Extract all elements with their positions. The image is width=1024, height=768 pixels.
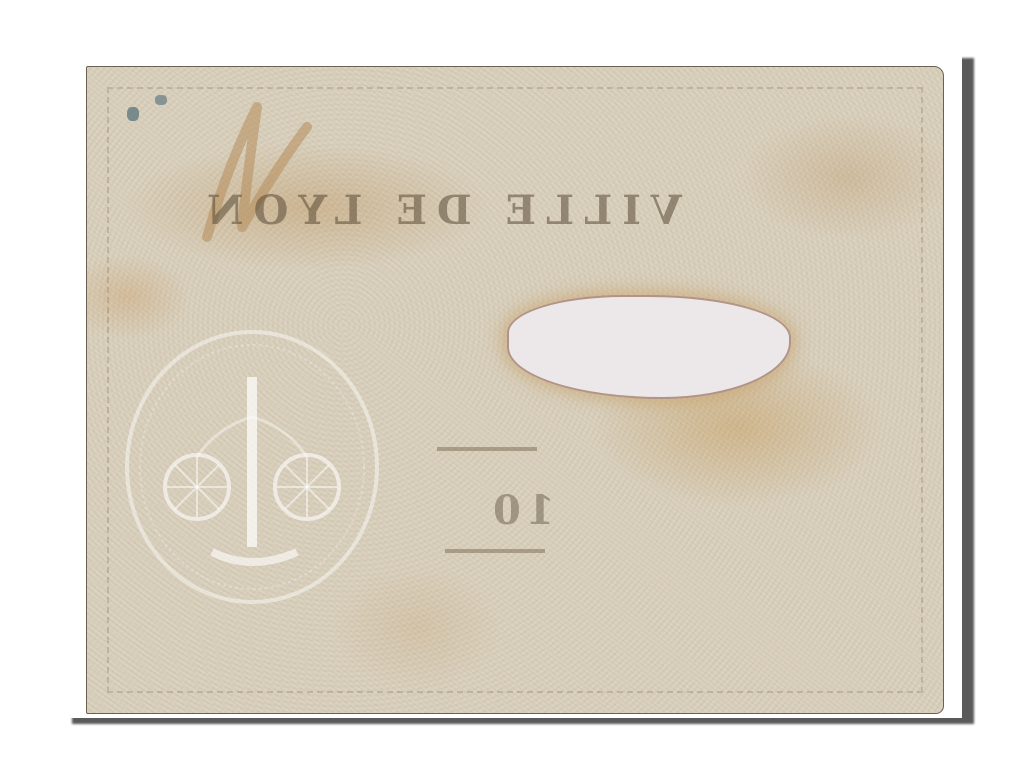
- banknote: VILLE DE LYON 10: [86, 66, 944, 714]
- value-rule-bottom: [445, 549, 545, 553]
- blue-ink-spot: [155, 95, 167, 105]
- show-through-value: 10: [487, 487, 555, 534]
- embossed-seal-icon: [117, 317, 387, 607]
- blue-ink-spot: [127, 107, 139, 121]
- show-through-title: VILLE DE LYON: [197, 187, 682, 234]
- value-rule-top: [437, 447, 537, 451]
